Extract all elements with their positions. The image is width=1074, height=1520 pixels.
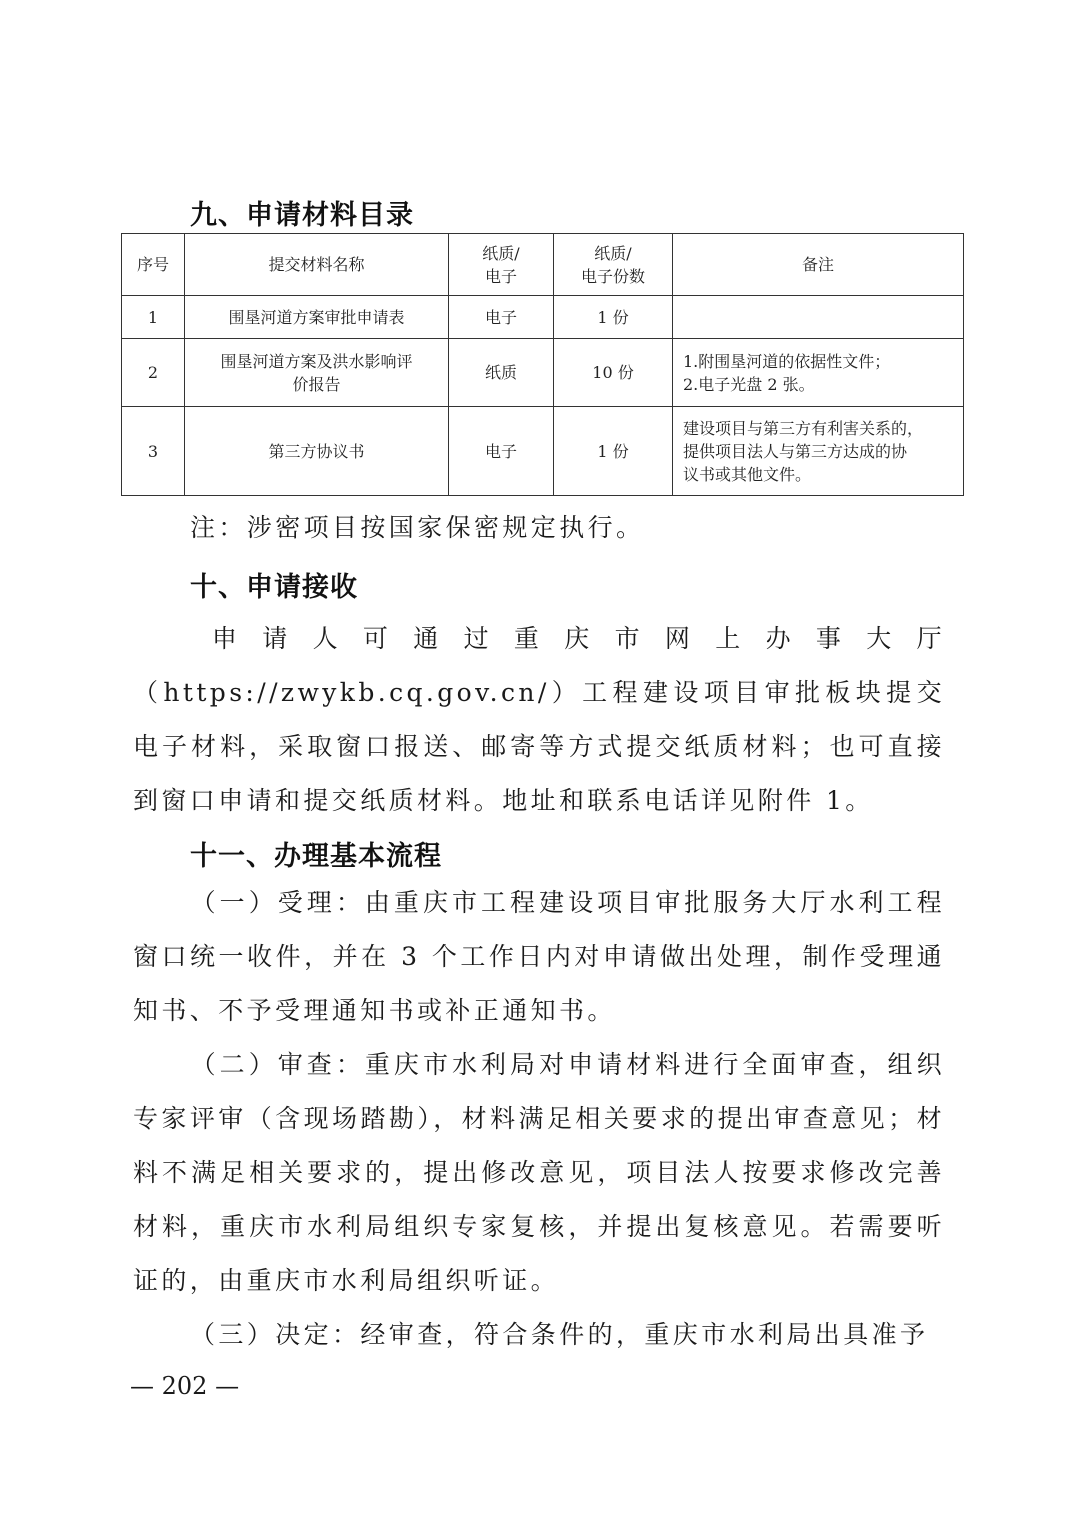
cell-copies: 1 份 — [554, 407, 673, 496]
note-line: 2.电子光盘 2 张。 — [683, 373, 957, 396]
cell-copies: 10 份 — [554, 339, 673, 407]
cell-note — [673, 296, 964, 339]
section-heading-reception: 十、申请接收 — [190, 565, 358, 604]
cell-no: 3 — [122, 407, 185, 496]
header-type-line2: 电子 — [455, 265, 547, 288]
table-row: 2 围垦河道方案及洪水影响评 价报告 纸质 10 份 1.附围垦河道的依据性文件… — [122, 339, 964, 407]
header-copies-line1: 纸质/ — [560, 242, 666, 265]
process-step-decision: （三）决定：经审查，符合条件的，重庆市水利局出具准予 — [133, 1308, 945, 1362]
process-step-review: （二）审查：重庆市水利局对申请材料进行全面审查，组织专家评审（含现场踏勘），材料… — [133, 1038, 945, 1308]
section-heading-process: 十一、办理基本流程 — [190, 834, 442, 873]
header-type-line1: 纸质/ — [455, 242, 547, 265]
cell-type: 纸质 — [449, 339, 554, 407]
cell-name: 第三方协议书 — [185, 407, 449, 496]
cell-name: 围垦河道方案及洪水影响评 价报告 — [185, 339, 449, 407]
note-line: 提供项目法人与第三方达成的协 — [683, 440, 957, 463]
cell-note: 建设项目与第三方有利害关系的， 提供项目法人与第三方达成的协 议书或其他文件。 — [673, 407, 964, 496]
page-number: — 202 — — [130, 1372, 239, 1400]
process-step-text: （一）受理：由重庆市工程建设项目审批服务大厅水利工程窗口统一收件，并在 3 个工… — [133, 888, 945, 1025]
table-header-row: 序号 提交材料名称 纸质/ 电子 纸质/ 电子份数 备注 — [122, 234, 964, 296]
cell-type: 电子 — [449, 407, 554, 496]
cell-no: 2 — [122, 339, 185, 407]
materials-table: 序号 提交材料名称 纸质/ 电子 纸质/ 电子份数 备注 1 围垦河道方案审批申… — [121, 233, 964, 496]
cell-copies: 1 份 — [554, 296, 673, 339]
header-copies-line2: 电子份数 — [560, 265, 666, 288]
reception-body: 申请人可通过重庆市网上办事大厅（https://zwykb.cq.gov.cn/… — [133, 624, 945, 815]
cell-type: 电子 — [449, 296, 554, 339]
table-row: 3 第三方协议书 电子 1 份 建设项目与第三方有利害关系的， 提供项目法人与第… — [122, 407, 964, 496]
note-line: 建设项目与第三方有利害关系的， — [683, 417, 957, 440]
cell-note: 1.附围垦河道的依据性文件； 2.电子光盘 2 张。 — [673, 339, 964, 407]
cell-name: 围垦河道方案审批申请表 — [185, 296, 449, 339]
document-page: 九、申请材料目录 序号 提交材料名称 纸质/ 电子 纸质/ 电子份数 备注 1 … — [0, 0, 1074, 1520]
header-name: 提交材料名称 — [185, 234, 449, 296]
cell-name-line2: 价报告 — [191, 373, 442, 396]
header-note: 备注 — [673, 234, 964, 296]
process-step-text: （三）决定：经审查，符合条件的，重庆市水利局出具准予 — [190, 1320, 928, 1349]
header-copies: 纸质/ 电子份数 — [554, 234, 673, 296]
note-line: 1.附围垦河道的依据性文件； — [683, 350, 957, 373]
reception-paragraph: 申请人可通过重庆市网上办事大厅（https://zwykb.cq.gov.cn/… — [133, 612, 945, 828]
header-type: 纸质/ 电子 — [449, 234, 554, 296]
section-heading-materials: 九、申请材料目录 — [190, 193, 414, 232]
note-line: 议书或其他文件。 — [683, 463, 957, 486]
cell-no: 1 — [122, 296, 185, 339]
secrecy-footnote: 注：涉密项目按国家保密规定执行。 — [190, 508, 644, 544]
table-row: 1 围垦河道方案审批申请表 电子 1 份 — [122, 296, 964, 339]
cell-name-line1: 围垦河道方案及洪水影响评 — [191, 350, 442, 373]
header-no: 序号 — [122, 234, 185, 296]
process-step-text: （二）审查：重庆市水利局对申请材料进行全面审查，组织专家评审（含现场踏勘），材料… — [133, 1050, 945, 1295]
process-step-accept: （一）受理：由重庆市工程建设项目审批服务大厅水利工程窗口统一收件，并在 3 个工… — [133, 876, 945, 1038]
